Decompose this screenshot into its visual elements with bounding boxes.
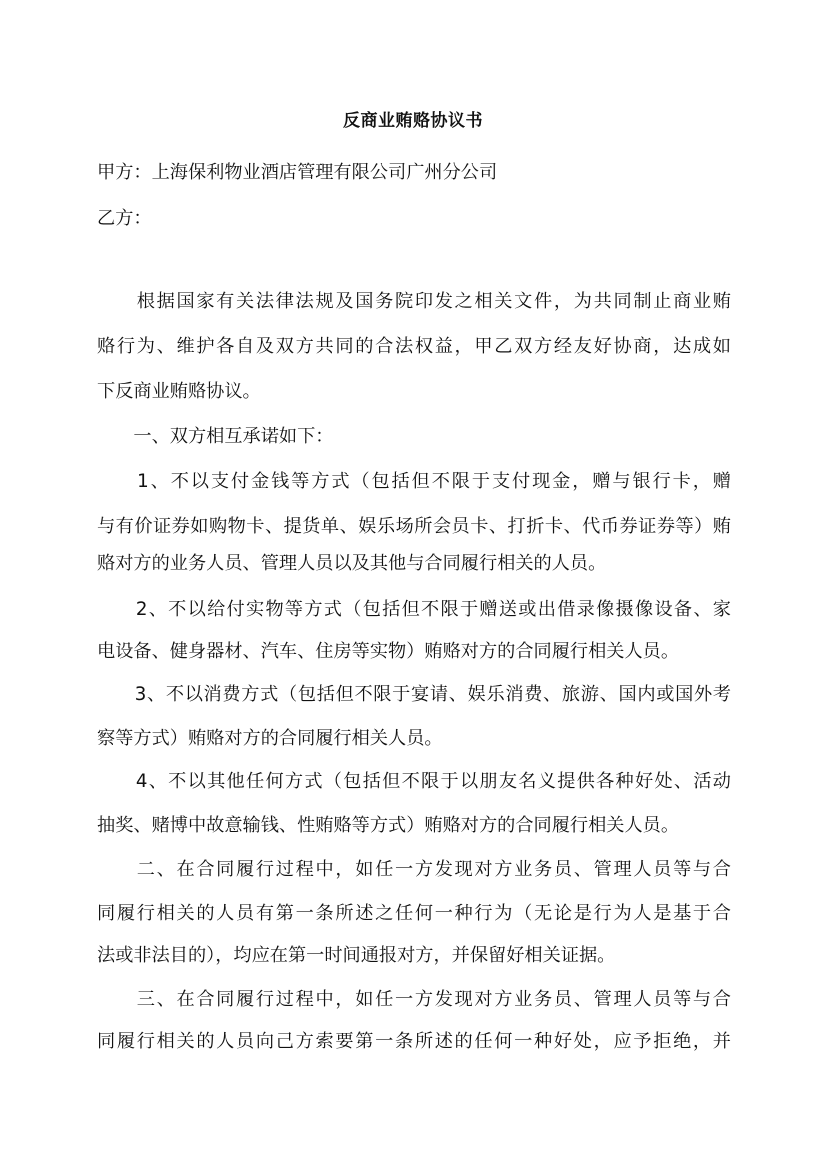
paragraph-line: 三、在合同履行过程中，如任一方发现对方业务员、管理人员等与合 — [97, 988, 731, 1012]
document-title: 反商业贿赂协议书 — [0, 106, 826, 131]
paragraph-line: 2、不以给付实物等方式（包括但不限于赠送或出借录像摄像设备、家 — [97, 598, 731, 622]
paragraph-line: 同履行相关的人员有第一条所述之任何一种行为（无论是行为人是基于合 — [97, 902, 731, 926]
paragraph-line: 抽奖、赌博中故意输钱、性贿赂等方式）贿赂对方的合同履行相关人员。 — [97, 814, 731, 838]
paragraph-line: 电设备、健身器材、汽车、住房等实物）贿赂对方的合同履行相关人员。 — [97, 640, 731, 664]
paragraph-line: 1、不以支付金钱等方式（包括但不限于支付现金，赠与银行卡，赠 — [97, 470, 731, 494]
paragraph-line: 根据国家有关法律法规及国务院印发之相关文件，为共同制止商业贿 — [97, 290, 731, 314]
party-a-line: 甲方：上海保利物业酒店管理有限公司广州分公司 — [97, 161, 731, 185]
paragraph-line: 赂行为、维护各自及双方共同的合法权益，甲乙双方经友好协商，达成如 — [97, 335, 731, 359]
paragraph-line: 同履行相关的人员向己方索要第一条所述的任何一种好处，应予拒绝，并 — [97, 1030, 731, 1054]
paragraph-line: 与有价证券如购物卡、提货单、娱乐场所会员卡、打折卡、代币券证券等）贿 — [97, 515, 731, 539]
paragraph-line: 3、不以消费方式（包括但不限于宴请、娱乐消费、旅游、国内或国外考 — [97, 683, 731, 707]
paragraph-line: 二、在合同履行过程中，如任一方发现对方业务员、管理人员等与合 — [97, 858, 731, 882]
paragraph-line: 法或非法目的），均应在第一时间通报对方，并保留好相关证据。 — [97, 944, 731, 968]
document-page: 反商业贿赂协议书 甲方：上海保利物业酒店管理有限公司广州分公司 乙方： 根据国家… — [0, 0, 826, 1169]
paragraph-line: 一、双方相互承诺如下： — [97, 425, 731, 449]
party-b-line: 乙方： — [97, 207, 731, 231]
paragraph-line: 察等方式）贿赂对方的合同履行相关人员。 — [97, 727, 731, 751]
paragraph-line: 4、不以其他任何方式（包括但不限于以朋友名义提供各种好处、活动 — [97, 770, 731, 794]
paragraph-line: 下反商业贿赂协议。 — [97, 380, 731, 404]
paragraph-line: 赂对方的业务人员、管理人员以及其他与合同履行相关的人员。 — [97, 552, 731, 576]
